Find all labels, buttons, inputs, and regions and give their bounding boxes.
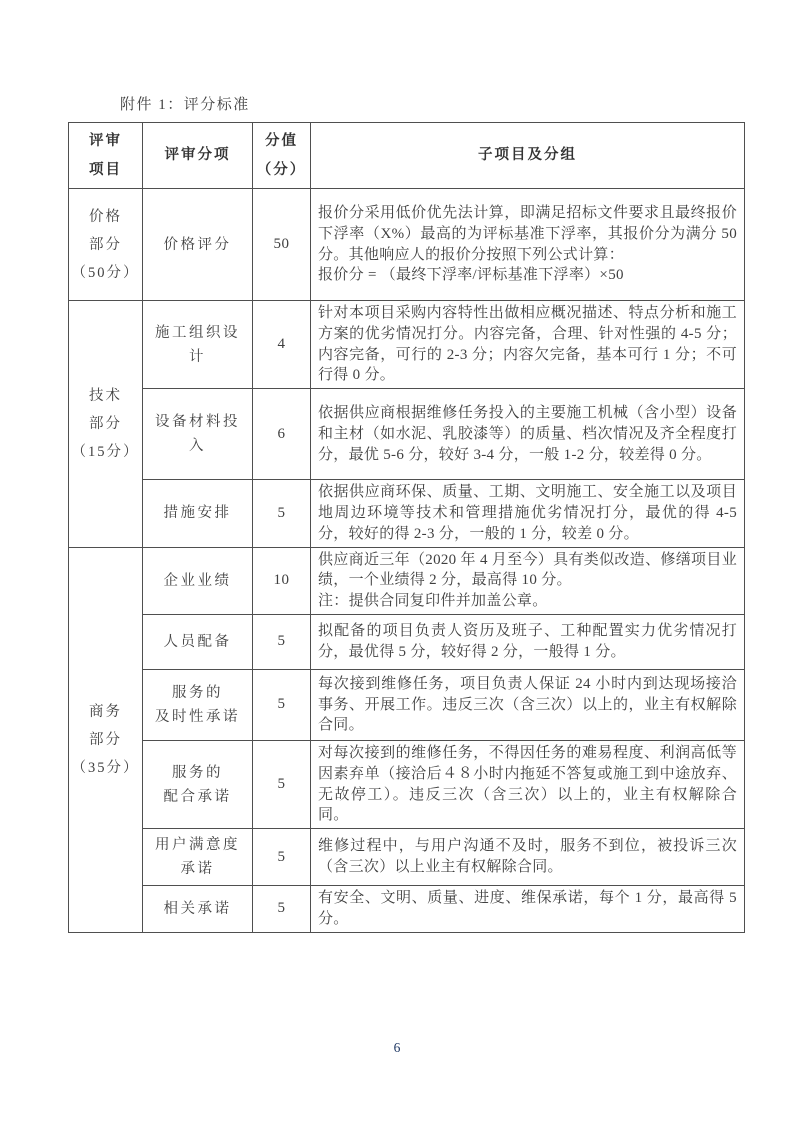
header-review-item: 评审 项目	[69, 123, 143, 189]
section-business-group-cell: 商务 部分 （35分）	[69, 547, 143, 932]
table-row: 相关承诺 5 有安全、文明、质量、进度、维保承诺，每个 1 分，最高得 5 分。	[69, 886, 745, 933]
score-cell: 4	[253, 301, 311, 389]
score-cell: 5	[253, 740, 311, 828]
description-cell: 对每次接到的维修任务，不得因任务的难易程度、利润高低等因素弃单（接洽后４８小时内…	[311, 740, 745, 828]
criterion-name-cell: 企业业绩	[143, 547, 253, 614]
description-cell: 每次接到维修任务，项目负责人保证 24 小时内到达现场接洽事务、开展工作。违反三…	[311, 669, 745, 740]
table-header-row: 评审 项目 评审分项 分值 （分） 子项目及分组	[69, 123, 745, 189]
header-sub-project: 子项目及分组	[311, 123, 745, 189]
table-row: 措施安排 5 依据供应商环保、质量、工期、文明施工、安全施工以及项目地周边环境等…	[69, 480, 745, 547]
criterion-name-cell: 服务的 及时性承诺	[143, 669, 253, 740]
criterion-name-cell: 价格评分	[143, 189, 253, 301]
section-price-group-cell: 价格 部分 （50分）	[69, 189, 143, 301]
criterion-name-cell: 设备材料投 入	[143, 389, 253, 480]
description-cell: 针对本项目采购内容特性出做相应概况描述、特点分析和施工方案的优劣情况打分。内容完…	[311, 301, 745, 389]
criterion-name-cell: 施工组织设 计	[143, 301, 253, 389]
score-cell: 10	[253, 547, 311, 614]
page-number: 6	[0, 1040, 794, 1056]
criterion-name-cell: 措施安排	[143, 480, 253, 547]
table-row: 服务的 配合承诺 5 对每次接到的维修任务，不得因任务的难易程度、利润高低等因素…	[69, 740, 745, 828]
criterion-name-cell: 人员配备	[143, 614, 253, 669]
description-cell: 维修过程中，与用户沟通不及时，服务不到位，被投诉三次（含三次）以上业主有权解除合…	[311, 829, 745, 886]
table-row: 服务的 及时性承诺 5 每次接到维修任务，项目负责人保证 24 小时内到达现场接…	[69, 669, 745, 740]
score-cell: 5	[253, 669, 311, 740]
description-cell: 报价分采用低价优先法计算，即满足招标文件要求且最终报价下浮率（X%）最高的为评标…	[311, 189, 745, 301]
header-score: 分值 （分）	[253, 123, 311, 189]
document-page: 附件 1：评分标准 评审 项目 评审分项 分值 （分） 子项目及分组 价格 部分…	[0, 0, 794, 1123]
score-cell: 5	[253, 886, 311, 933]
criterion-name-cell: 用户满意度 承诺	[143, 829, 253, 886]
description-cell: 依据供应商环保、质量、工期、文明施工、安全施工以及项目地周边环境等技术和管理措施…	[311, 480, 745, 547]
criterion-name-cell: 服务的 配合承诺	[143, 740, 253, 828]
table-row: 设备材料投 入 6 依据供应商根据维修任务投入的主要施工机械（含小型）设备和主材…	[69, 389, 745, 480]
score-cell: 50	[253, 189, 311, 301]
description-cell: 依据供应商根据维修任务投入的主要施工机械（含小型）设备和主材（如水泥、乳胶漆等）…	[311, 389, 745, 480]
score-cell: 5	[253, 829, 311, 886]
score-cell: 5	[253, 480, 311, 547]
table-row: 价格 部分 （50分） 价格评分 50 报价分采用低价优先法计算，即满足招标文件…	[69, 189, 745, 301]
table-row: 商务 部分 （35分） 企业业绩 10 供应商近三年（2020 年 4 月至今）…	[69, 547, 745, 614]
scoring-criteria-table: 评审 项目 评审分项 分值 （分） 子项目及分组 价格 部分 （50分） 价格评…	[68, 122, 745, 933]
table-row: 技术 部分 （15分） 施工组织设 计 4 针对本项目采购内容特性出做相应概况描…	[69, 301, 745, 389]
description-cell: 有安全、文明、质量、进度、维保承诺，每个 1 分，最高得 5 分。	[311, 886, 745, 933]
section-technical-group-cell: 技术 部分 （15分）	[69, 301, 143, 548]
table-row: 人员配备 5 拟配备的项目负责人资历及班子、工种配置实力优劣情况打分，最优得 5…	[69, 614, 745, 669]
description-cell: 供应商近三年（2020 年 4 月至今）具有类似改造、修缮项目业绩，一个业绩得 …	[311, 547, 745, 614]
score-cell: 5	[253, 614, 311, 669]
description-cell: 拟配备的项目负责人资历及班子、工种配置实力优劣情况打分，最优得 5 分，较好得 …	[311, 614, 745, 669]
criterion-name-cell: 相关承诺	[143, 886, 253, 933]
score-cell: 6	[253, 389, 311, 480]
attachment-title: 附件 1：评分标准	[120, 93, 250, 114]
table-row: 用户满意度 承诺 5 维修过程中，与用户沟通不及时，服务不到位，被投诉三次（含三…	[69, 829, 745, 886]
header-review-subitem: 评审分项	[143, 123, 253, 189]
